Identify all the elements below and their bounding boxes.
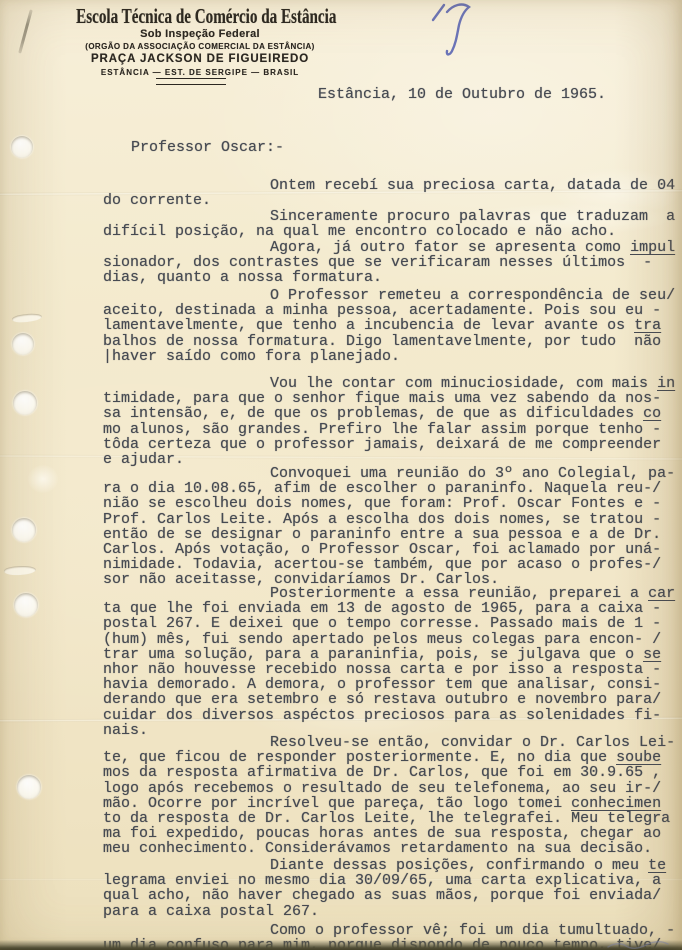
typed-line: difícil posição, na qual me encontro col… — [103, 224, 682, 239]
typed-line: Resolveu-se então, convidar o Dr. Carlos… — [103, 735, 682, 750]
typed-line: logo após recebemos o resultado de seu t… — [103, 781, 682, 796]
typed-line: nião se escolheu dois nomes, que foram: … — [103, 496, 682, 511]
typed-line: cuidar dos diversos aspéctos preciosos p… — [103, 708, 682, 723]
typed-line: mo alunos, são grandes. Prefiro lhe fala… — [103, 422, 682, 437]
typed-line: Sinceramente procuro palavras que traduz… — [103, 209, 682, 224]
dateline: Estância, 10 de Outubro de 1965. — [318, 87, 606, 102]
typed-line: Como o professor vê; foi um dia tumultua… — [103, 923, 682, 938]
typed-line: |haver saído como fora planejado. — [103, 349, 682, 364]
salutation: Professor Oscar:- — [131, 140, 284, 155]
paragraph: Ontem recebí sua preciosa carta, datada … — [103, 178, 682, 208]
typed-line: Diante dessas posições, confirmando o me… — [103, 858, 682, 873]
typed-line: nhor não houvesse recebido nossa carta e… — [103, 662, 682, 677]
typed-line: (hum) mês, fui sendo apertado pelos meus… — [103, 632, 682, 647]
punch-hole — [17, 775, 41, 799]
typed-line: mão. Ocorre por incrível que pareça, tão… — [103, 796, 682, 811]
typed-line: lamentavelmente, que tenho a incubencia … — [103, 318, 682, 333]
paragraph: Diante dessas posições, confirmando o me… — [103, 858, 682, 919]
typed-line: O Professor remeteu a correspondência de… — [103, 288, 682, 303]
paragraph: Posteriormente a essa reunião, preparei … — [103, 586, 682, 738]
typed-line: trar uma solução, para a paraninfia, poi… — [103, 647, 682, 662]
typed-line: mos da resposta afirmativa de Dr. Carlos… — [103, 765, 682, 780]
typed-line: Convoquei uma reunião do 3º ano Colegial… — [103, 466, 682, 481]
punch-hole — [14, 593, 38, 617]
paragraph: Sinceramente procuro palavras que traduz… — [103, 209, 682, 239]
scan-edge-shadow — [0, 940, 682, 950]
punch-hole — [13, 391, 37, 415]
scanned-letter-page: Escola Técnica de Comércio da Estância S… — [0, 0, 682, 950]
paragraph: O Professor remeteu a correspondência de… — [103, 288, 682, 364]
typed-line: Agora, já outro fator se apresenta como … — [103, 240, 682, 255]
punch-hole — [11, 136, 33, 158]
typed-line: do corrente. — [103, 193, 682, 208]
typed-line: então de se designar o paraninfo entre a… — [103, 527, 682, 542]
paragraph: Vou lhe contar com minuciosidade, com ma… — [103, 376, 682, 467]
typed-line: Posteriormente a essa reunião, preparei … — [103, 586, 682, 601]
typed-line: dias, quanto a nossa formatura. — [103, 270, 682, 285]
typed-line: Ontem recebí sua preciosa carta, datada … — [103, 178, 682, 193]
typed-line: derando que era setembro e só restava ou… — [103, 692, 682, 707]
paragraph: Convoquei uma reunião do 3º ano Colegial… — [103, 466, 682, 588]
typed-line: qual acho, não haver chegado as suas mão… — [103, 888, 682, 903]
paragraph: Resolveu-se então, convidar o Dr. Carlos… — [103, 735, 682, 857]
typed-line: Vou lhe contar com minuciosidade, com ma… — [103, 376, 682, 391]
typed-underline: co — [643, 405, 661, 422]
faint-ink-trace — [606, 939, 676, 949]
typed-line: Carlos. Após votação, o Professor Oscar,… — [103, 542, 682, 557]
paragraph: Agora, já outro fator se apresenta como … — [103, 240, 682, 286]
typed-line: meu conhecimento. Considerávamos retarda… — [103, 841, 682, 856]
typed-line: tôda certeza que o professor jamais, dei… — [103, 437, 682, 452]
typed-line: to da resposta de Dr. Carlos Leite, lhe … — [103, 811, 682, 826]
punch-hole — [12, 333, 34, 355]
typed-line: Prof. Carlos Leite. Após a escolha dos d… — [103, 512, 682, 527]
typed-line: sa intensão, e, de que os problemas, de … — [103, 406, 682, 421]
typed-underline: tra — [634, 317, 661, 334]
paper-scuff — [28, 465, 58, 493]
punch-hole — [12, 518, 36, 542]
typed-line: postal 267. E deixei que o tempo corress… — [103, 616, 682, 631]
letter-body: Estância, 10 de Outubro de 1965. Profess… — [0, 0, 682, 950]
typed-line: balhos de nossa formatura. Digo lamentav… — [103, 334, 682, 349]
typed-line: para a caixa postal 267. — [103, 904, 682, 919]
